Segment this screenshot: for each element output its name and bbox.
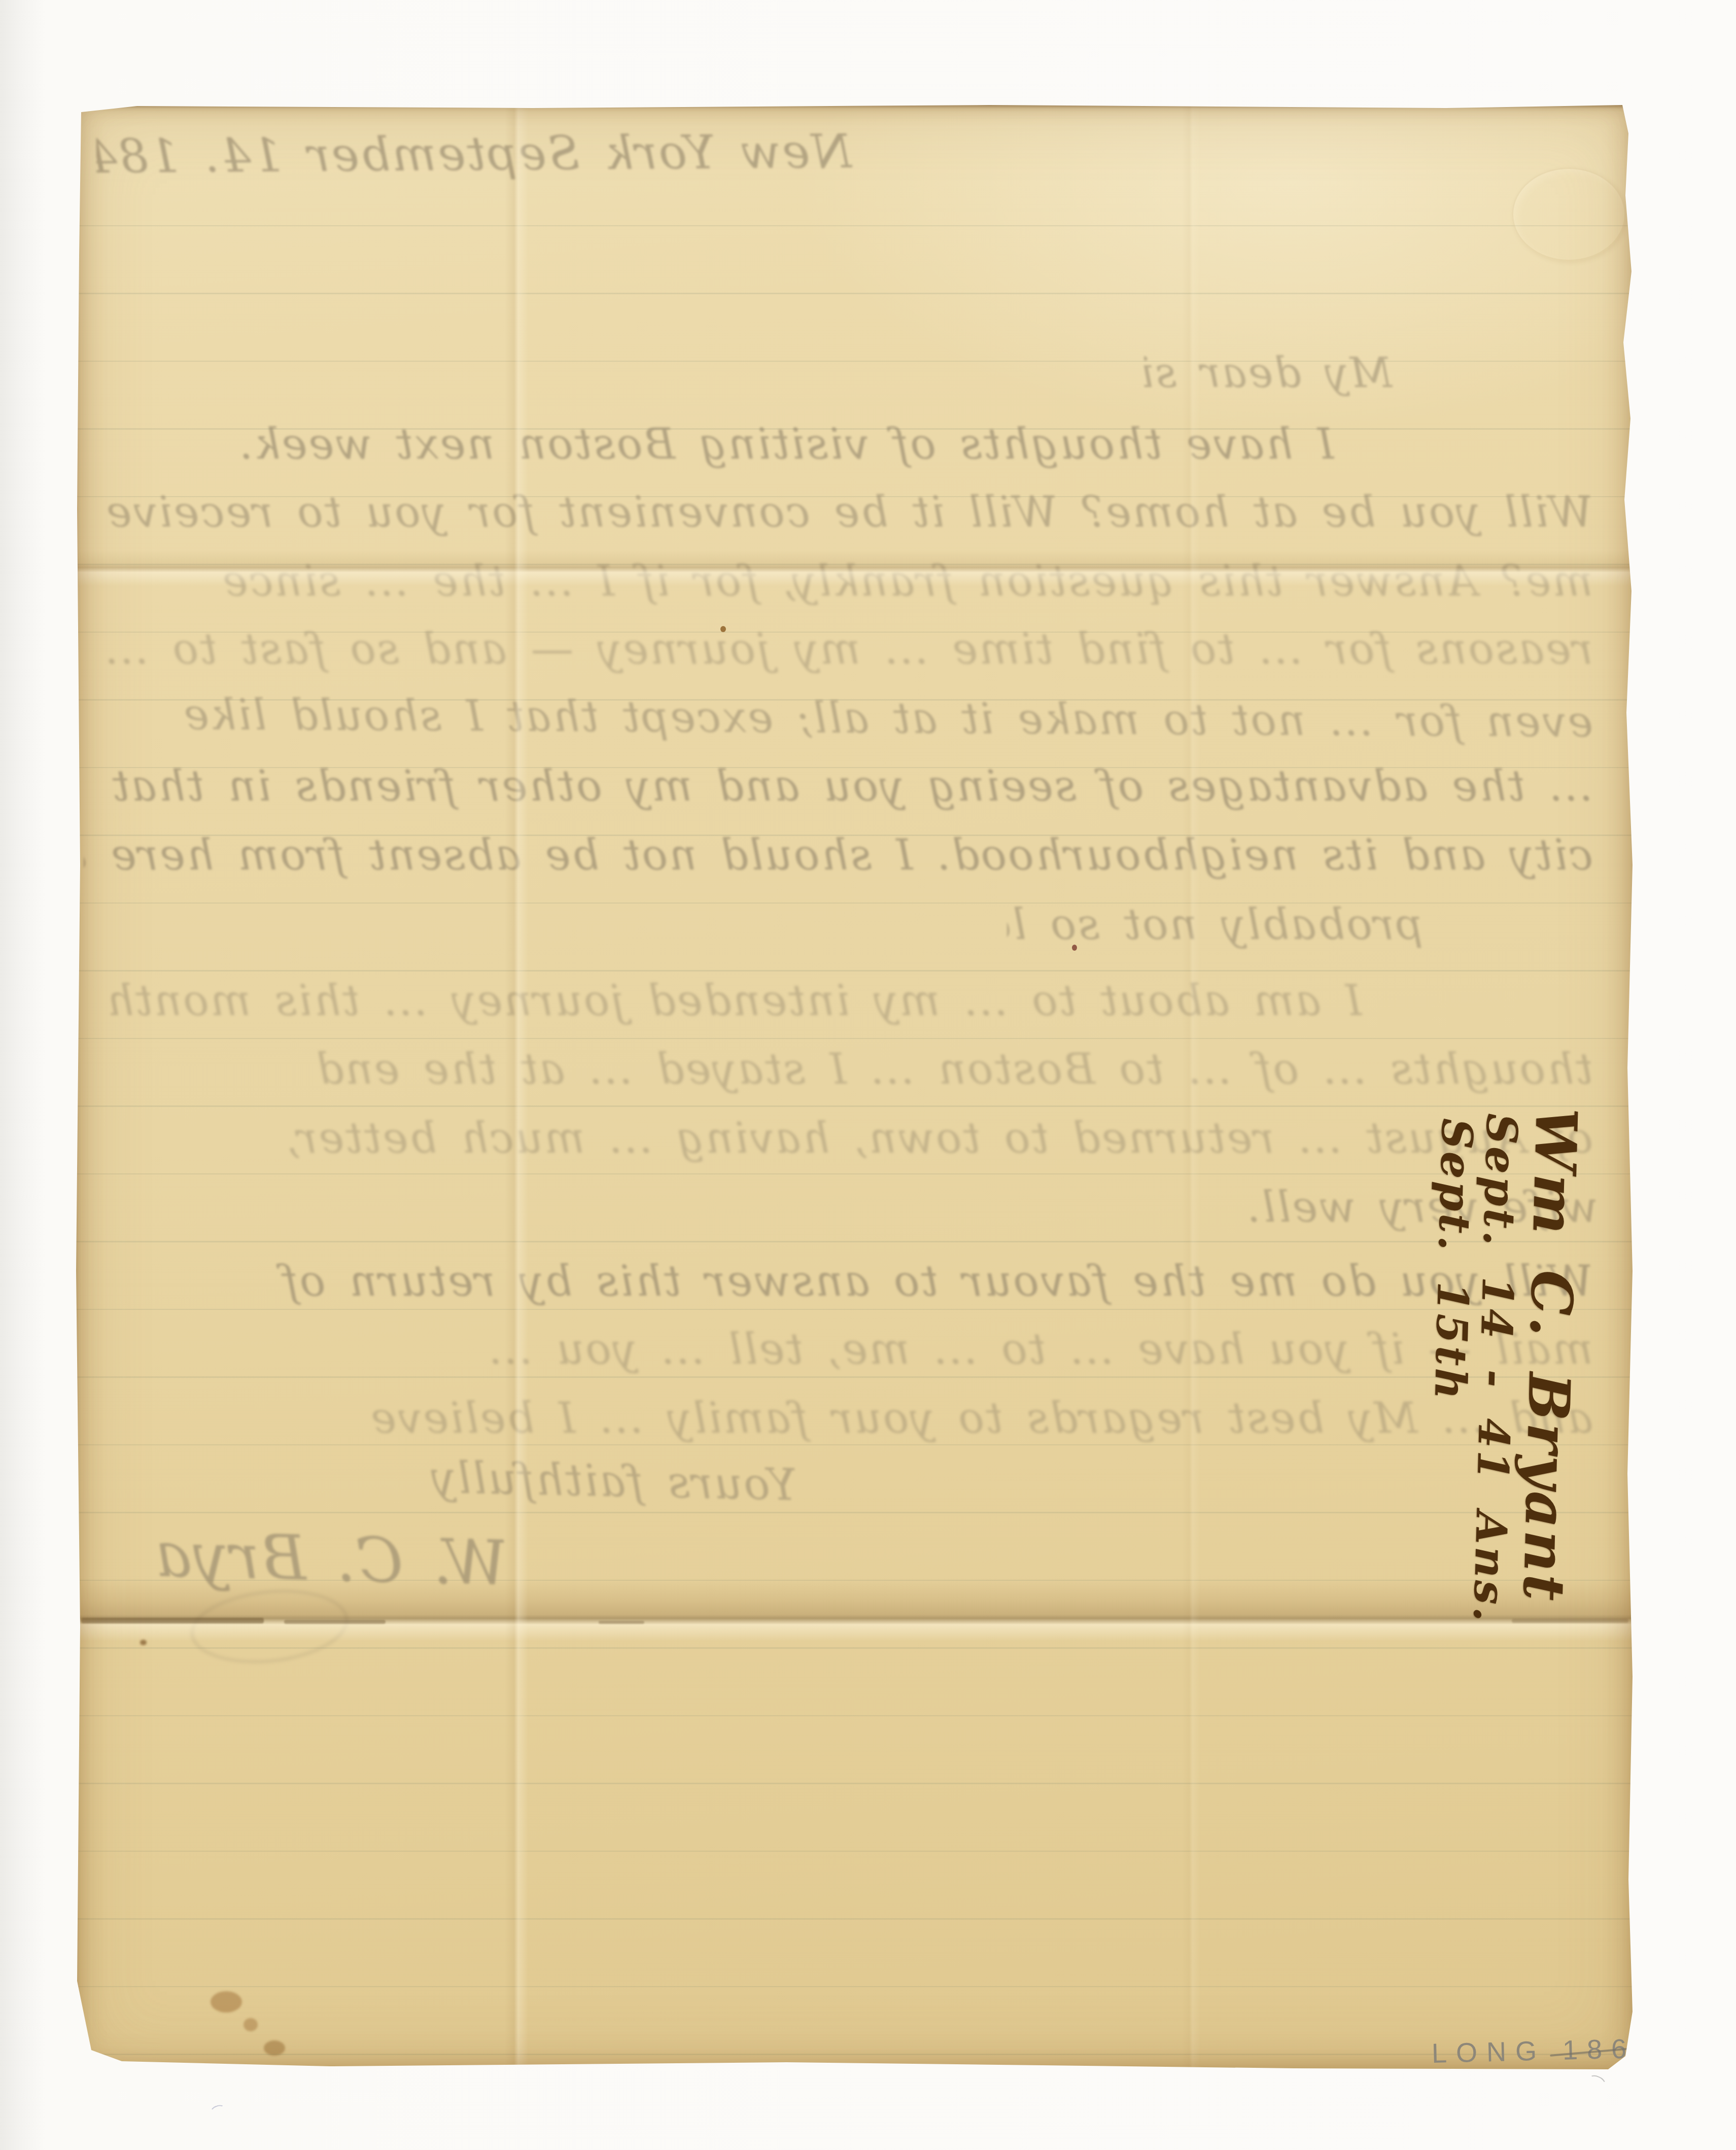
ghost-salutation: My dear sir <box>1144 350 1393 412</box>
ghost-closing: Yours faithfully <box>421 1453 797 1526</box>
ghost-body-line: and ... My best regards to your family .… <box>84 1394 1593 1458</box>
ghost-body-line: city and its neighbourhood. I should not… <box>84 831 1593 895</box>
ghost-body-line: even for ... not to make it at all; exce… <box>84 690 1593 762</box>
fold-crease-upper <box>76 550 1635 586</box>
crease-stain <box>81 1618 264 1623</box>
ink-speck <box>1072 945 1077 951</box>
ghost-body-line: reasons for ... to find time ... my jour… <box>84 625 1593 689</box>
paper-sheet: New York September 14. 1841 My dear sir … <box>76 104 1635 2071</box>
ghost-body-line: ... the advantages of seeing you and my … <box>84 762 1593 826</box>
fold-crease-vertical <box>505 104 528 2071</box>
ghost-body-line: mail — if you have ... to ... me, tell .… <box>84 1325 1593 1389</box>
ghost-dateline: New York September 14. 1841 <box>96 125 853 200</box>
crease-stain <box>599 1621 644 1624</box>
crease-stain <box>1512 1619 1628 1623</box>
dust-fiber <box>1585 2072 1608 2092</box>
ghost-body-line: Will you be at home? Will it be convenie… <box>84 488 1593 552</box>
embossed-stamp <box>1512 167 1626 261</box>
foxing-spot <box>140 1640 147 1645</box>
foxing-spot <box>244 2018 258 2031</box>
ghost-body-line: I am about to ... my intended journey ..… <box>84 977 1362 1041</box>
ghost-body-line: thoughts ... of ... to Boston ... I stay… <box>84 1045 1593 1109</box>
fold-crease-lower <box>76 1578 1635 1641</box>
fold-crease-vertical-faint <box>1182 104 1200 2071</box>
foxing-spot <box>720 626 726 632</box>
dust-fiber <box>210 2103 227 2118</box>
foxing-spot <box>211 1991 242 2013</box>
ghost-body-line: Will you do me the favour to answer this… <box>84 1257 1593 1321</box>
foxing-spot <box>264 2040 285 2056</box>
ghost-body-line: I have thoughts of visiting Boston next … <box>86 420 1334 484</box>
docket-annotation: Wm C. Bryant Sept. 14 - 41 Ans. Sept. 15… <box>1423 1104 1585 1580</box>
scanned-letter-verso: New York September 14. 1841 My dear sir … <box>0 0 1736 2150</box>
catalog-number: LONG 18677 <box>1431 2032 1685 2069</box>
ghost-body-line: probably not so long. <box>1007 900 1423 964</box>
crease-stain <box>284 1620 386 1624</box>
ghost-body-line: of August ... returned to town, having .… <box>84 1114 1593 1178</box>
paper-top-edge-shadow <box>76 104 1635 109</box>
